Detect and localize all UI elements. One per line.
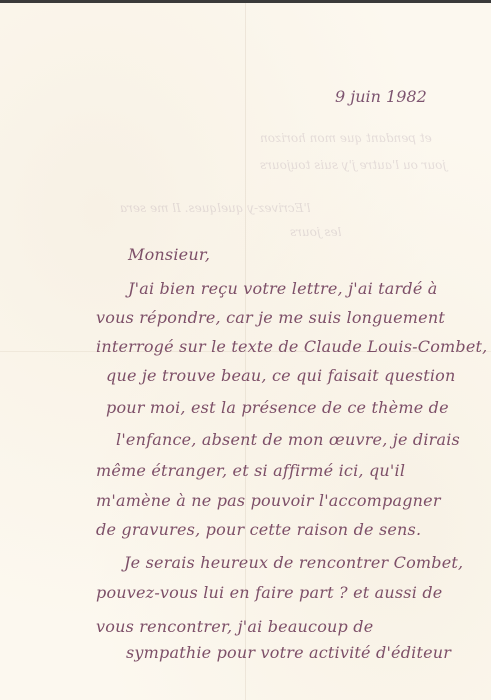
letter-line: de gravures, pour cette raison de sens.	[96, 520, 421, 539]
letter-line: J'ai bien reçu votre lettre, j'ai tardé …	[128, 279, 438, 298]
letter-line: même étranger, et si affirmé ici, qu'il	[96, 461, 405, 480]
show-through-text: jour ou l'autre j'y suis toujours	[260, 158, 446, 172]
letter-line: Je serais heureux de rencontrer Combet,	[124, 553, 463, 572]
letter-line: vous répondre, car je me suis longuement	[96, 308, 445, 327]
letter-line: pouvez-vous lui en faire part ? et aussi…	[96, 583, 442, 602]
letter-line: m'amène à ne pas pouvoir l'accompagner	[96, 491, 441, 510]
letter-line: l'enfance, absent de mon œuvre, je dirai…	[116, 430, 460, 449]
letter-line: sympathie pour votre activité d'éditeur	[126, 643, 451, 662]
letter-line: pour moi, est la présence de ce thème de	[106, 398, 449, 417]
letter-line: que je trouve beau, ce qui faisait quest…	[106, 366, 456, 385]
letter-page: et pendant que mon horizon jour ou l'aut…	[0, 3, 491, 700]
show-through-text: les jours	[290, 225, 341, 239]
show-through-text: l'Ecrivez-y quelques. Il me sera	[120, 201, 311, 215]
letter-salutation: Monsieur,	[128, 245, 210, 264]
letter-line: vous rencontrer, j'ai beaucoup de	[96, 617, 373, 636]
letter-date: 9 juin 1982	[335, 87, 427, 106]
show-through-text: et pendant que mon horizon	[260, 131, 432, 145]
letter-line: interrogé sur le texte de Claude Louis-C…	[96, 337, 487, 356]
